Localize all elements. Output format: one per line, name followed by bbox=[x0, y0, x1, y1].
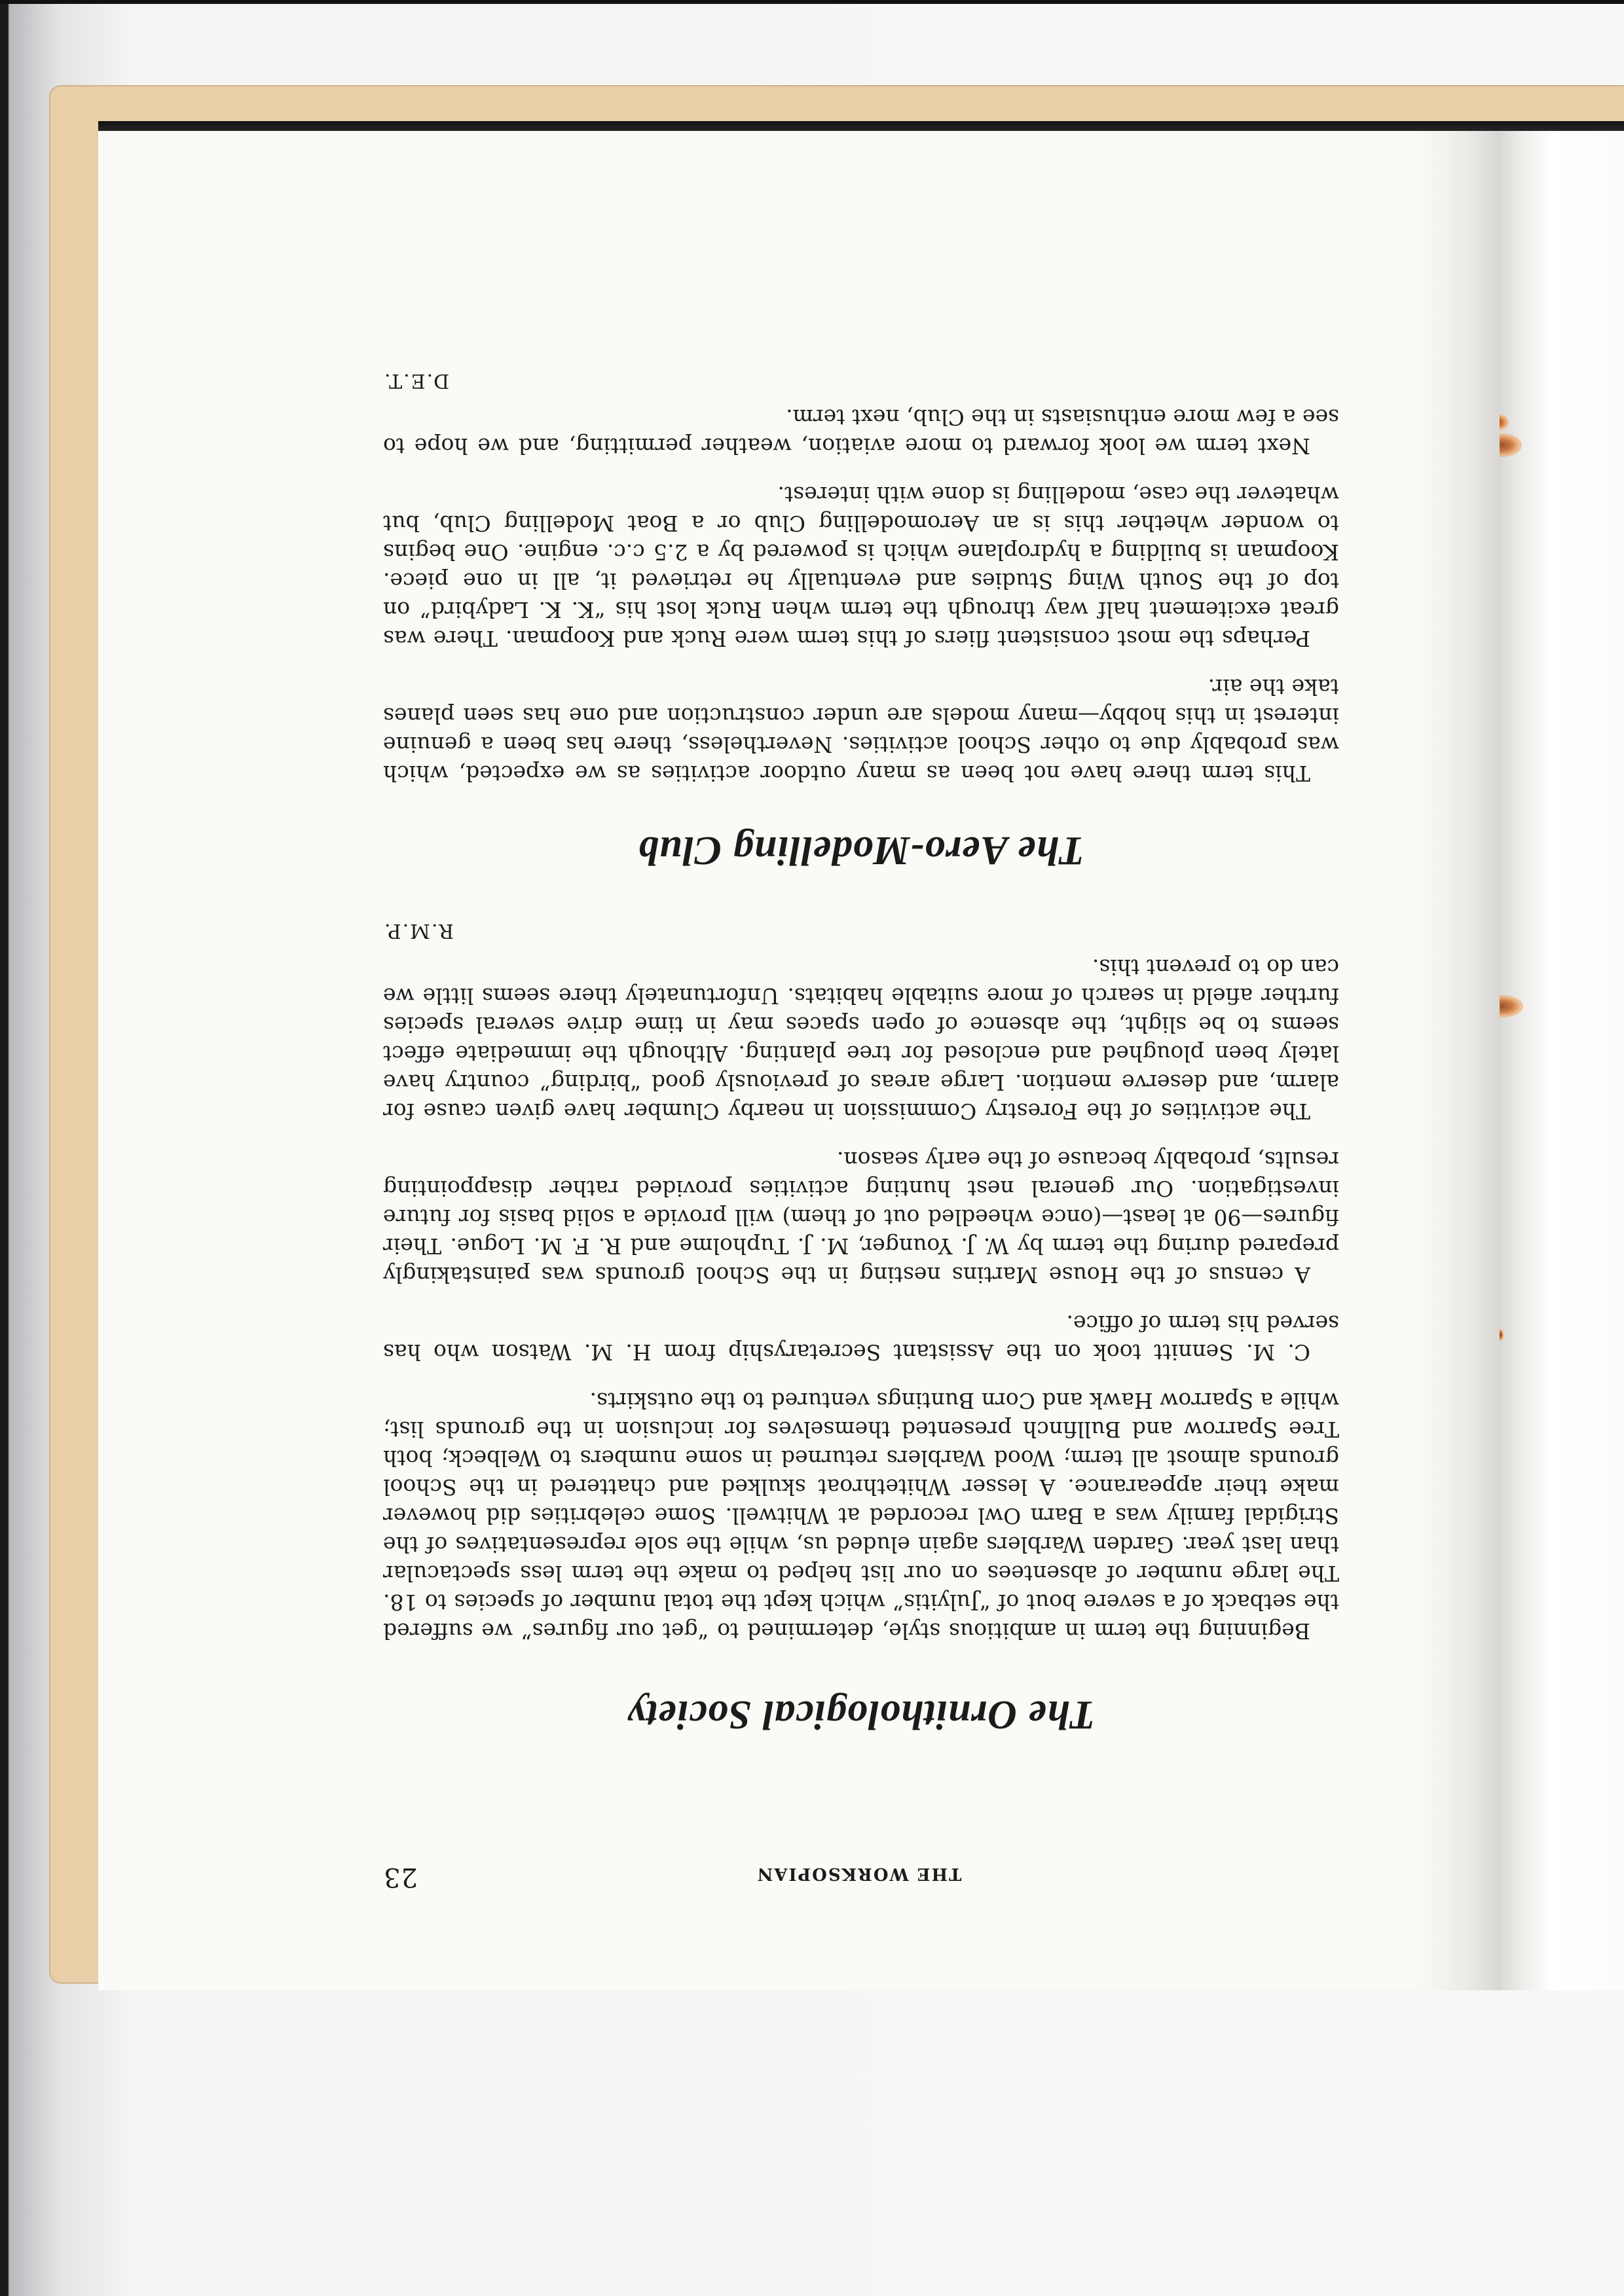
section-title: The Aero-Modelling Club bbox=[383, 827, 1339, 873]
section-aero-modelling-club: The Aero-Modelling Club This term there … bbox=[383, 369, 1339, 873]
paragraph: A census of the House Martins nesting in… bbox=[383, 1145, 1339, 1289]
paragraph: Next term we look forward to more aviati… bbox=[383, 403, 1339, 460]
paragraph: C. M. Sennitt took on the Assistant Secr… bbox=[383, 1309, 1339, 1366]
magazine-page: THE WORKSOPIAN 23 The Ornithological Soc… bbox=[98, 131, 1500, 1990]
scanner-edge bbox=[0, 0, 1624, 4]
paragraph: This term there have not been as many ou… bbox=[383, 672, 1339, 788]
paragraph: Beginning the term in ambitious style, d… bbox=[383, 1386, 1339, 1645]
section-ornithological-society: The Ornithological Society Beginning the… bbox=[383, 919, 1339, 1738]
publication-title: THE WORKSOPIAN bbox=[418, 1864, 1339, 1884]
gutter-shadow bbox=[1414, 131, 1500, 1990]
running-head: THE WORKSOPIAN 23 bbox=[383, 1862, 1339, 1892]
page-content: THE WORKSOPIAN 23 The Ornithological Soc… bbox=[383, 369, 1339, 1892]
signature: R.M.P. bbox=[383, 919, 1339, 942]
facing-page-strip bbox=[1500, 131, 1624, 1990]
paragraph: Perhaps the most consistent fliers of th… bbox=[383, 480, 1339, 653]
signature: D.E.T. bbox=[383, 369, 1339, 392]
section-title: The Ornithological Society bbox=[383, 1691, 1339, 1738]
page-number: 23 bbox=[383, 1862, 418, 1892]
paragraph: The activities of the Forestry Commissio… bbox=[383, 953, 1339, 1125]
